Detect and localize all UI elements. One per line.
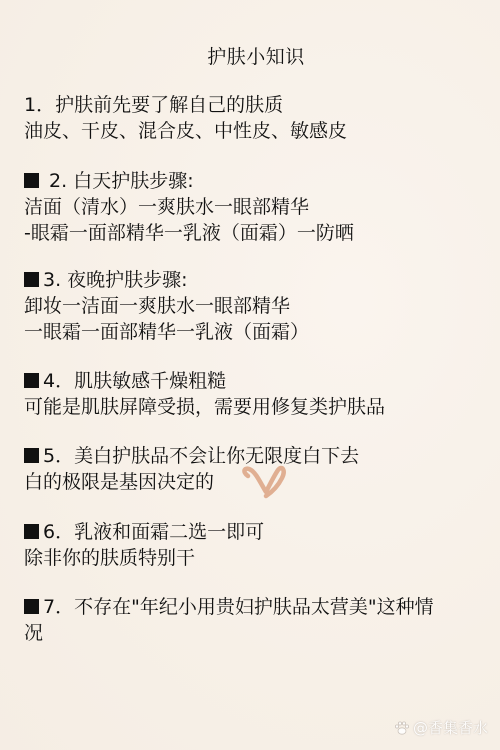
tip-section-6: 6．乳液和面霜二选一即可 除非你的肤质特别干 (24, 519, 264, 571)
tip-detail: 白的极限是基因决定的 (24, 469, 359, 495)
page-title: 护肤小知识 (0, 42, 500, 69)
square-bullet-icon (24, 524, 39, 539)
paw-icon (394, 720, 410, 736)
tip-heading: 7．不存在"年纪小用贵妇护肤品太营美"这种情 (43, 596, 434, 618)
square-bullet-icon (24, 272, 39, 287)
document-page: 护肤小知识 1．护肤前先要了解自己的肤质 油皮、干皮、混合皮、中性皮、敏感皮 2… (0, 0, 500, 750)
tip-detail: -眼霜一面部精华一乳液（面霜）一防晒 (24, 220, 354, 246)
tip-section-4: 4．肌肤敏感千燥粗糙 可能是肌肤屏障受损，需要用修复类护肤品 (24, 368, 385, 420)
heart-icon (238, 462, 288, 502)
watermark: @香集香水 (394, 717, 488, 738)
tip-section-1: 1．护肤前先要了解自己的肤质 油皮、干皮、混合皮、中性皮、敏感皮 (24, 92, 347, 144)
square-bullet-icon (24, 373, 39, 388)
tip-heading: 3. 夜晚护肤步骤: (43, 269, 188, 291)
tip-heading-row: 6．乳液和面霜二选一即可 (24, 519, 264, 545)
tip-section-3: 3. 夜晚护肤步骤: 卸妆一洁面一爽肤水一眼部精华 一眼霜一面部精华一乳液（面霜… (24, 267, 309, 345)
square-bullet-icon (24, 173, 39, 188)
tip-heading: 5．美白护肤品不会让你无限度白下去 (43, 445, 359, 467)
tip-detail: 洁面（清水）一爽肤水一眼部精华 (24, 194, 354, 220)
tip-heading-row: 2. 白天护肤步骤: (24, 168, 354, 194)
tip-detail: 况 (24, 620, 434, 646)
tip-detail: 一眼霜一面部精华一乳液（面霜） (24, 319, 309, 345)
tip-detail: 可能是肌肤屏障受损，需要用修复类护肤品 (24, 394, 385, 420)
tip-detail: 油皮、干皮、混合皮、中性皮、敏感皮 (24, 118, 347, 144)
square-bullet-icon (24, 599, 39, 614)
tip-heading-row: 4．肌肤敏感千燥粗糙 (24, 368, 385, 394)
tip-detail: 卸妆一洁面一爽肤水一眼部精华 (24, 293, 309, 319)
square-bullet-icon (24, 448, 39, 463)
tip-section-5: 5．美白护肤品不会让你无限度白下去 白的极限是基因决定的 (24, 443, 359, 495)
tip-heading-row: 5．美白护肤品不会让你无限度白下去 (24, 443, 359, 469)
tip-section-7: 7．不存在"年纪小用贵妇护肤品太营美"这种情 况 (24, 594, 434, 646)
tip-heading: 6．乳液和面霜二选一即可 (43, 521, 264, 543)
watermark-text: @香集香水 (413, 717, 488, 738)
tip-section-2: 2. 白天护肤步骤: 洁面（清水）一爽肤水一眼部精华 -眼霜一面部精华一乳液（面… (24, 168, 354, 246)
tip-heading-row: 3. 夜晚护肤步骤: (24, 267, 309, 293)
tip-heading-row: 7．不存在"年纪小用贵妇护肤品太营美"这种情 (24, 594, 434, 620)
tip-heading: 2. 白天护肤步骤: (43, 170, 194, 192)
tip-heading: 1．护肤前先要了解自己的肤质 (24, 92, 347, 118)
tip-detail: 除非你的肤质特别干 (24, 545, 264, 571)
tip-heading: 4．肌肤敏感千燥粗糙 (43, 370, 226, 392)
